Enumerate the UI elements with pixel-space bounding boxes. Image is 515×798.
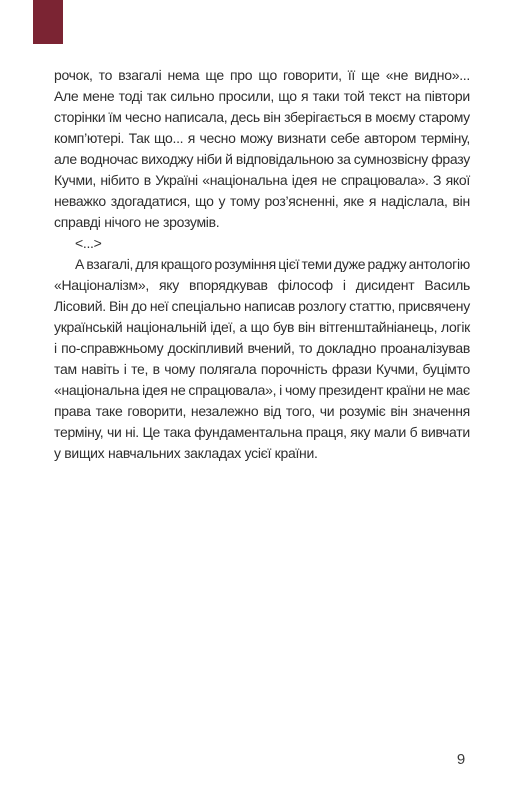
text-line: українськійнаціональнійідеї,ащобуввінвіт… bbox=[54, 317, 470, 338]
text-line: «національнаідеянеспрацювала»,ічомупрези… bbox=[54, 380, 470, 401]
page-number: 9 bbox=[447, 751, 475, 769]
text-line: Авзагалі,длякращогорозумінняцієїтемидуже… bbox=[54, 254, 470, 275]
text-line: іпо-справжньомудоскіпливийвчений,тодокла… bbox=[54, 338, 470, 359]
text-line: рочок,товзагалінемащепрощоговорити,їїще«… bbox=[54, 65, 470, 86]
book-page: рочок,товзагалінемащепрощоговорити,їїще«… bbox=[0, 0, 515, 798]
ellipsis-omission-marker: <...> bbox=[54, 233, 470, 254]
text-line: Лісовий.Віндонеїспеціальнонаписаврозлогу… bbox=[54, 296, 470, 317]
chapter-bookmark-ribbon bbox=[33, 0, 63, 44]
text-line: тамнавітьіте,вчомуполягалапорочністьфраз… bbox=[54, 359, 470, 380]
text-line: у вищих навчальних закладах усієї країни… bbox=[54, 443, 470, 464]
text-line: комп’ютері.Такщо...ячесноможувизнатисебе… bbox=[54, 128, 470, 149]
text-line: Алеменетодітаксильнопросили,щоятакитойте… bbox=[54, 86, 470, 107]
text-line: справді нічого не зрозумів. bbox=[54, 212, 470, 233]
text-line: терміну,чині.Цетакафундаментальнапраця,я… bbox=[54, 422, 470, 443]
text-line: «Націоналізм»,якувпорядкувавфілософідиси… bbox=[54, 275, 470, 296]
text-line: праватакеговорити,незалежновідтого,чироз… bbox=[54, 401, 470, 422]
text-line: Кучми,нібитовУкраїні«національнаідеянесп… bbox=[54, 170, 470, 191]
body-text: рочок,товзагалінемащепрощоговорити,їїще«… bbox=[54, 65, 470, 464]
text-line: сторінкиїмчеснонаписала,десьвінзберігаєт… bbox=[54, 107, 470, 128]
text-line: алеводночасвиходжунібийвідповідальноюзас… bbox=[54, 149, 470, 170]
text-line: неважкоздогадатися,щоутомуроз’ясненні,як… bbox=[54, 191, 470, 212]
